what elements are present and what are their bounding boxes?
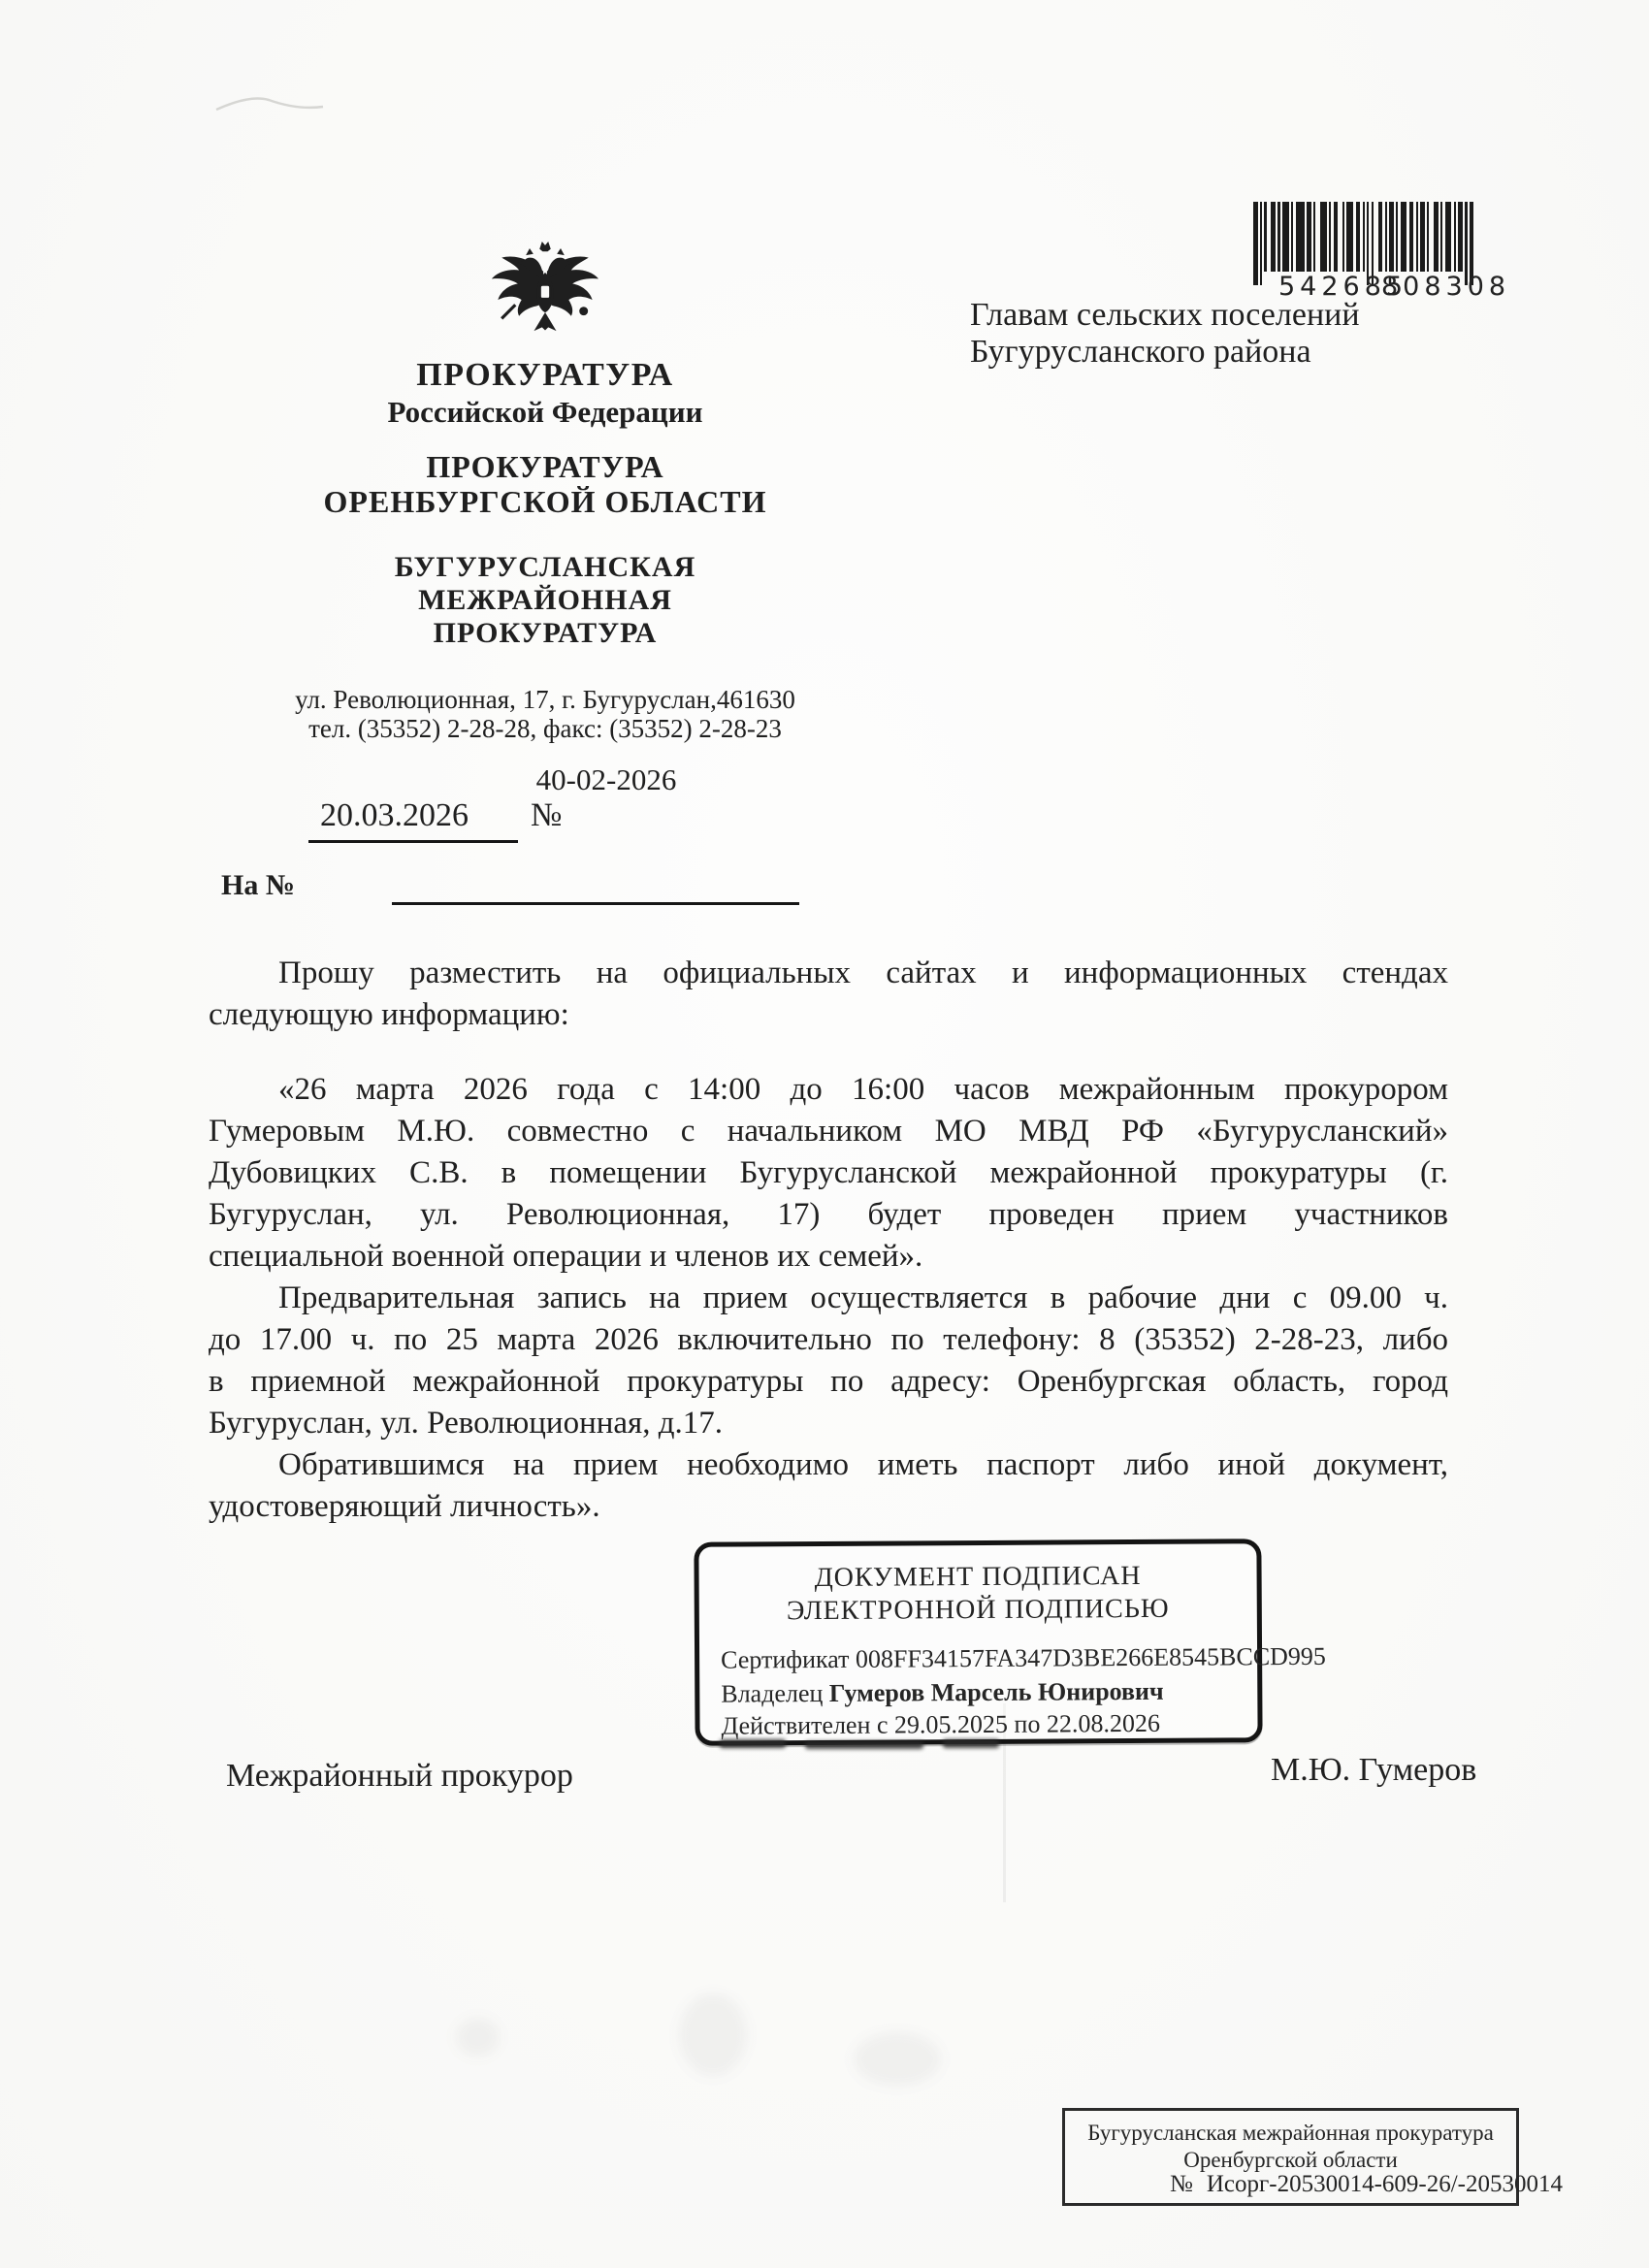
body-text: Прошу разместить на официальных сайтах и… (209, 953, 1448, 1528)
esign-cert-row: Сертификат 008FF34157FA347D3BE266E8545BC… (721, 1642, 1326, 1675)
scan-artifact (805, 1741, 923, 1749)
barcode-bar (1458, 202, 1463, 272)
barcode-bar (1282, 202, 1289, 272)
barcode-bar (1409, 202, 1414, 272)
barcode-bar (1434, 202, 1439, 272)
org-name-line: ПРОКУРАТУРА (274, 617, 817, 650)
barcode-bar (1291, 202, 1293, 272)
na-no-label: На № (221, 869, 295, 902)
scan-artifact (209, 82, 335, 126)
barcode-bar (1342, 202, 1344, 272)
barcode-bar (1260, 202, 1262, 285)
barcode-bar (1277, 202, 1279, 272)
barcode-bar (1264, 202, 1266, 272)
barcode-bar (1378, 202, 1383, 272)
cert-label: Сертификат (721, 1645, 850, 1674)
scanned-letter-page: ПРОКУРАТУРА Российской Федерации ПРОКУРА… (0, 0, 1649, 2268)
address-line: тел. (35352) 2-28-28, факс: (35352) 2-28… (274, 714, 817, 744)
barcode-bar (1440, 202, 1442, 272)
barcode-bar (1363, 202, 1365, 272)
org-name-line: ПРОКУРАТУРА (274, 357, 817, 394)
org-name-line: ПРОКУРАТУРА (274, 449, 817, 485)
signer-name: М.Ю. Гумеров (1271, 1752, 1476, 1789)
body-line: «26 марта 2026 года с 14:00 до 16:00 час… (209, 1069, 1448, 1111)
body-line: Бугуруслан, ул. Революционная, д.17. (209, 1403, 1448, 1444)
owner-value: Гумеров Марсель Юнирович (829, 1677, 1164, 1707)
footer-number-row: №Исорг-20530014-609-26/-20530014 (1170, 2171, 1563, 2198)
barcode-bar (1329, 202, 1331, 272)
body-line: до 17.00 ч. по 25 марта 2026 включительн… (209, 1319, 1448, 1361)
scan-artifact (943, 1739, 999, 1748)
body-line: Предварительная запись на прием осуществ… (209, 1278, 1448, 1319)
body-line: специальной военной операции и членов их… (209, 1236, 1448, 1278)
body-line: удостоверяющий личность». (209, 1486, 1448, 1528)
barcode: 542685 808308 (1253, 192, 1498, 299)
recipient-line: Главам сельских поселений (970, 297, 1436, 334)
footer-stamp: Бугурусланская межрайонная прокуратура О… (1062, 2108, 1519, 2206)
paragraph: «26 марта 2026 года с 14:00 до 16:00 час… (209, 1069, 1448, 1278)
barcode-bar (1420, 202, 1425, 272)
org-name-line: МЕЖРАЙОННАЯ (274, 584, 817, 617)
recipient-block: Главам сельских поселений Бугурусланског… (970, 297, 1436, 371)
recipient-line: Бугурусланского района (970, 334, 1436, 371)
address-line: ул. Революционная, 17, г. Бугуруслан,461… (274, 685, 817, 715)
body-line: в приемной межрайонной прокуратуры по ад… (209, 1361, 1448, 1403)
barcode-bar (1346, 202, 1353, 272)
scan-artifact (720, 1739, 786, 1748)
barcode-bar (1307, 202, 1311, 272)
esign-title: ДОКУМЕНТ ПОДПИСАН ЭЛЕКТРОННОЙ ПОДПИСЬЮ (698, 1559, 1256, 1629)
scan-artifact (854, 2032, 941, 2086)
owner-label: Владелец (721, 1679, 823, 1708)
esign-stamp: ДОКУМЕНТ ПОДПИСАН ЭЛЕКТРОННОЙ ПОДПИСЬЮ С… (694, 1539, 1262, 1746)
org-name-line: ОРЕНБУРГСКОЙ ОБЛАСТИ (274, 484, 817, 520)
footer-org-line: Оренбургской области (1065, 2148, 1516, 2173)
footer-number-sign: № (1170, 2171, 1193, 2197)
barcode-bar (1445, 202, 1452, 272)
esign-owner-row: Владелец Гумеров Марсель Юнирович (721, 1677, 1164, 1709)
barcode-bar (1334, 202, 1339, 272)
footer-number-value: Исорг-20530014-609-26/-20530014 (1207, 2171, 1563, 2197)
body-line: Дубовицких С.В. в помещении Бугурусланск… (209, 1152, 1448, 1194)
paragraph: Прошу разместить на официальных сайтах и… (209, 953, 1448, 1036)
footer-org-line: Бугурусланская межрайонная прокуратура (1065, 2121, 1516, 2146)
signer-position: Межрайонный прокурор (226, 1758, 573, 1795)
barcode-bar (1389, 202, 1394, 272)
body-line: Гумеровым М.Ю. совместно с начальником М… (209, 1111, 1448, 1152)
esign-title-line: ЭЛЕКТРОННОЙ ПОДПИСЬЮ (699, 1592, 1257, 1629)
org-name-line: БУГУРУСЛАНСКАЯ (274, 551, 817, 584)
coat-of-arms-russia-icon (483, 233, 607, 343)
body-line: Прошу разместить на официальных сайтах и… (209, 953, 1448, 994)
barcode-bar (1296, 202, 1305, 272)
barcode-bar (1454, 202, 1456, 272)
barcode-bar (1271, 202, 1276, 272)
valid-value: Действителен с 29.05.2025 по 22.08.2026 (721, 1709, 1160, 1740)
number-sign: № (531, 797, 562, 834)
outgoing-ref-number: 40-02-2026 (456, 762, 757, 797)
paragraph: Обратившимся на прием необходимо иметь п… (209, 1444, 1448, 1528)
barcode-bar (1396, 202, 1398, 272)
date-underline (308, 840, 518, 843)
paragraph: Предварительная запись на прием осуществ… (209, 1278, 1448, 1444)
barcode-bar (1356, 202, 1361, 272)
barcode-bar (1401, 202, 1407, 272)
barcode-bar (1313, 202, 1315, 272)
org-name-line: Российской Федерации (274, 395, 817, 430)
barcode-bar (1320, 202, 1327, 272)
esign-title-line: ДОКУМЕНТ ПОДПИСАН (698, 1559, 1256, 1596)
date-field: 20.03.2026 (320, 797, 469, 834)
body-line: Обратившимся на прием необходимо иметь п… (209, 1444, 1448, 1486)
barcode-bar (1416, 202, 1418, 272)
barcode-bar (1385, 202, 1387, 272)
barcode-bar (1253, 202, 1258, 285)
scan-artifact (456, 2018, 500, 2057)
body-line: следующую информацию: (209, 994, 1448, 1036)
body-line: Бугуруслан, ул. Революционная, 17) будет… (209, 1194, 1448, 1236)
cert-value: 008FF34157FA347D3BE266E8545BCCD995 (856, 1642, 1326, 1673)
esign-valid-row: Действителен с 29.05.2025 по 22.08.2026 (721, 1709, 1160, 1741)
scan-artifact (679, 1993, 747, 2076)
barcode-bar (1427, 202, 1429, 272)
na-no-underline (392, 902, 799, 905)
